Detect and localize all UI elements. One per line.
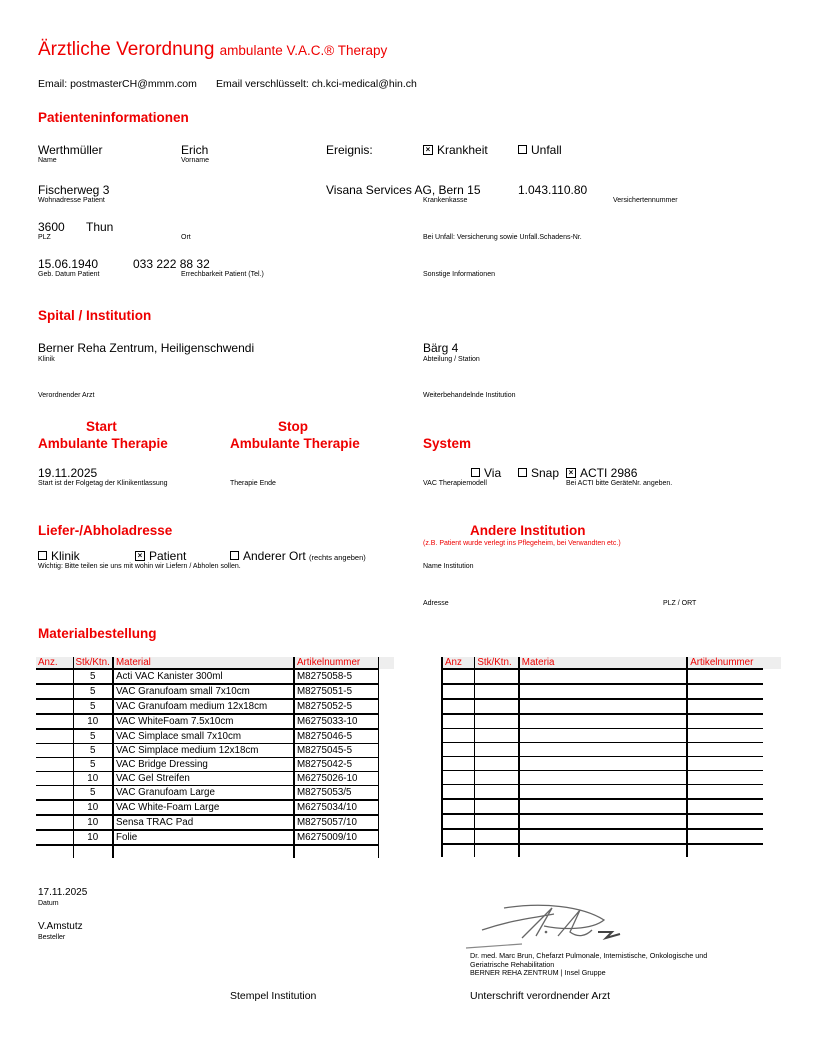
cell-empty[interactable]: [475, 699, 519, 714]
cell-anz: [36, 815, 73, 830]
cell-empty[interactable]: [687, 684, 763, 699]
header-filler: [378, 657, 394, 669]
cell-stk: 10: [73, 815, 113, 830]
cell-empty[interactable]: [442, 743, 475, 757]
klinik-value: Berner Reha Zentrum, Heiligenschwendi: [38, 341, 254, 355]
email-encrypted: Email verschlüsselt: ch.kci-medical@hin.…: [216, 78, 417, 90]
cell-empty[interactable]: [442, 714, 475, 729]
cell-empty[interactable]: [687, 785, 763, 800]
cell-material: VAC Simplace medium 12x18cm: [113, 744, 294, 758]
cell-empty[interactable]: [442, 669, 475, 684]
cell-empty[interactable]: [475, 799, 519, 814]
col-material: Materia: [519, 657, 687, 669]
section-heading-andere: Andere Institution: [470, 523, 586, 538]
unfall-info-label: Bei Unfall: Versicherung sowie Unfall.Sc…: [423, 234, 582, 241]
row-filler: [763, 785, 781, 800]
cell-material: Folie: [113, 830, 294, 845]
start-heading-1: Start: [86, 419, 117, 434]
table-row: [442, 844, 781, 857]
section-heading-liefer: Liefer-/Abholadresse: [38, 523, 172, 538]
andere-adresse-label: Adresse: [423, 600, 449, 607]
table-row: [442, 785, 781, 800]
cell-anz: [36, 669, 73, 684]
patient-name-label: Name: [38, 157, 57, 164]
cell-artikel: M8275053/5: [294, 786, 378, 801]
row-filler: [763, 729, 781, 743]
ereignis-krankheit[interactable]: ×Krankheit: [423, 143, 488, 157]
patient-plz-value: 3600: [38, 220, 65, 234]
cell-stk: 5: [73, 669, 113, 684]
table-row: [442, 669, 781, 684]
cell-empty[interactable]: [519, 814, 687, 829]
cell-empty: [113, 845, 294, 858]
table-row: 5VAC Simplace small 7x10cmM8275046-5: [36, 729, 394, 744]
table-row: [442, 684, 781, 699]
cell-stk: 5: [73, 684, 113, 699]
cell-artikel: M8275042-5: [294, 758, 378, 772]
cell-empty[interactable]: [475, 844, 519, 857]
cell-empty: [73, 845, 113, 858]
col-artikel: Artikelnummer: [294, 657, 378, 669]
table-row: [442, 757, 781, 771]
cell-empty[interactable]: [442, 699, 475, 714]
cell-artikel: M8275057/10: [294, 815, 378, 830]
cell-artikel: M6275026-10: [294, 772, 378, 786]
telefon-label: Errechbarkeit Patient (Tel.): [181, 271, 264, 278]
start-date-value: 19.11.2025: [38, 466, 97, 480]
table-row: [442, 799, 781, 814]
stempel-label: Stempel Institution: [230, 990, 316, 1002]
cell-anz: [36, 684, 73, 699]
patient-address-value: Fischerweg 3: [38, 183, 109, 197]
col-artikel: Artikelnummer: [687, 657, 763, 669]
patient-vorname-value: Erich: [181, 143, 208, 157]
anderer-hint: (rechts angeben): [309, 553, 366, 562]
krankenkasse-value: Visana Services AG, Bern 15: [326, 183, 481, 197]
table-row: 5VAC Granufoam small 7x10cmM8275051-5: [36, 684, 394, 699]
table-row: [442, 814, 781, 829]
liefer-wichtig: Wichtig: Bitte teilen sie uns mit wohin …: [38, 563, 241, 570]
cell-empty[interactable]: [519, 757, 687, 771]
row-filler: [378, 800, 394, 815]
cell-anz: [36, 699, 73, 714]
header-filler: [763, 657, 781, 669]
table-row: 10VAC Gel StreifenM6275026-10: [36, 772, 394, 786]
material-table-left: Anz. Stk/Ktn. Material Artikelnummer 5Ac…: [36, 657, 394, 858]
row-filler: [378, 830, 394, 845]
telefon-value: 033 222 88 32: [133, 257, 210, 271]
section-heading-patient: Patienteninformationen: [38, 110, 189, 125]
col-anz: Anz: [442, 657, 475, 669]
cell-anz: [36, 800, 73, 815]
patient-vorname-label: Vorname: [181, 157, 209, 164]
cell-empty[interactable]: [442, 844, 475, 857]
cell-empty[interactable]: [475, 829, 519, 844]
cell-stk: 5: [73, 786, 113, 801]
cell-empty[interactable]: [442, 785, 475, 800]
row-filler: [763, 699, 781, 714]
col-material: Material: [113, 657, 294, 669]
cell-empty[interactable]: [442, 757, 475, 771]
row-filler: [378, 786, 394, 801]
abteilung-value: Bärg 4: [423, 341, 458, 355]
cell-artikel: M8275046-5: [294, 729, 378, 744]
weiter-label: Weiterbehandelnde Institution: [423, 392, 516, 399]
acti-hint: Bei ACTI bitte GeräteNr. angeben.: [566, 480, 672, 487]
liefer-klinik[interactable]: Klinik: [38, 549, 80, 563]
cell-empty[interactable]: [687, 814, 763, 829]
cell-empty[interactable]: [687, 844, 763, 857]
table-row: 10Sensa TRAC PadM8275057/10: [36, 815, 394, 830]
table-row: 5VAC Simplace medium 12x18cmM8275045-5: [36, 744, 394, 758]
cell-empty[interactable]: [687, 729, 763, 743]
cell-artikel: M6275009/10: [294, 830, 378, 845]
checkbox-checked-icon[interactable]: ×: [566, 468, 576, 478]
row-filler: [378, 815, 394, 830]
cell-material: VAC Granufoam medium 12x18cm: [113, 699, 294, 714]
andere-name-label: Name Institution: [423, 563, 474, 570]
end-date-label: Therapie Ende: [230, 480, 276, 487]
row-filler: [378, 845, 394, 858]
cell-empty[interactable]: [519, 785, 687, 800]
table-row: 5VAC Bridge DressingM8275042-5: [36, 758, 394, 772]
arzt-label: Verordnender Arzt: [38, 392, 94, 399]
cell-anz: [36, 714, 73, 729]
checkbox-icon[interactable]: [518, 468, 527, 477]
arzt-info-line-3: BERNER REHA ZENTRUM | Insel Gruppe: [470, 969, 707, 978]
cell-empty[interactable]: [687, 743, 763, 757]
cell-empty[interactable]: [519, 684, 687, 699]
signature-image: [462, 900, 632, 952]
cell-empty[interactable]: [519, 729, 687, 743]
patient-ort-value: Thun: [86, 220, 113, 234]
table-row: 10FolieM6275009/10: [36, 830, 394, 845]
patient-ort-label: Ort: [181, 234, 191, 241]
cell-empty[interactable]: [475, 743, 519, 757]
cell-anz: [36, 786, 73, 801]
cell-empty[interactable]: [687, 757, 763, 771]
andere-plz-label: PLZ / ORT: [663, 600, 696, 607]
geb-datum-value: 15.06.1940: [38, 257, 98, 271]
title-subtitle: ambulante V.A.C.® Therapy: [220, 43, 388, 58]
cell-empty[interactable]: [475, 714, 519, 729]
cell-empty[interactable]: [519, 799, 687, 814]
modell-label: VAC Therapiemodell: [423, 480, 487, 487]
material-table-right: Anz Stk/Ktn. Materia Artikelnummer: [441, 657, 782, 857]
cell-empty[interactable]: [519, 771, 687, 785]
table-row: [442, 771, 781, 785]
cell-artikel: M8275058-5: [294, 669, 378, 684]
row-filler: [763, 743, 781, 757]
section-heading-spital: Spital / Institution: [38, 308, 151, 323]
datum-value: 17.11.2025: [38, 887, 87, 898]
email-contact: Email: postmasterCH@mmm.com: [38, 78, 197, 90]
row-filler: [378, 758, 394, 772]
cell-anz: [36, 758, 73, 772]
cell-empty[interactable]: [475, 757, 519, 771]
cell-artikel: M6275034/10: [294, 800, 378, 815]
row-filler: [378, 684, 394, 699]
checkbox-checked-icon[interactable]: ×: [423, 145, 433, 155]
cell-artikel: M8275045-5: [294, 744, 378, 758]
col-anz: Anz.: [36, 657, 73, 669]
checkbox-icon[interactable]: [471, 468, 480, 477]
cell-anz: [36, 744, 73, 758]
table-row: [442, 729, 781, 743]
cell-stk: 5: [73, 758, 113, 772]
row-filler: [763, 829, 781, 844]
cell-material: VAC Gel Streifen: [113, 772, 294, 786]
cell-empty[interactable]: [687, 771, 763, 785]
table-row: [442, 743, 781, 757]
cell-anz: [36, 729, 73, 744]
checkbox-icon[interactable]: [518, 145, 527, 154]
table-row: 10VAC White-Foam LargeM6275034/10: [36, 800, 394, 815]
klinik-label: Klinik: [38, 356, 55, 363]
geb-datum-label: Geb. Datum Patient: [38, 271, 99, 278]
cell-stk: 5: [73, 744, 113, 758]
cell-empty[interactable]: [687, 829, 763, 844]
row-filler: [763, 771, 781, 785]
table-row: 5Acti VAC Kanister 300mlM8275058-5: [36, 669, 394, 684]
stop-heading-1: Stop: [278, 419, 308, 434]
cell-stk: 10: [73, 800, 113, 815]
cell-empty[interactable]: [519, 669, 687, 684]
cell-artikel: M8275052-5: [294, 699, 378, 714]
cell-empty[interactable]: [519, 844, 687, 857]
row-filler: [378, 729, 394, 744]
versichertennummer-label: Versichertennummer: [613, 197, 678, 204]
liefer-patient[interactable]: ×Patient: [135, 549, 186, 563]
cell-empty: [36, 845, 73, 858]
cell-empty[interactable]: [475, 814, 519, 829]
page-title: Ärztliche Verordnung ambulante V.A.C.® T…: [38, 39, 387, 61]
row-filler: [763, 757, 781, 771]
cell-empty[interactable]: [475, 684, 519, 699]
cell-material: Acti VAC Kanister 300ml: [113, 669, 294, 684]
arzt-info: Dr. med. Marc Brun, Chefarzt Pulmonale, …: [470, 952, 707, 978]
col-stk: Stk/Ktn.: [73, 657, 113, 669]
patient-name-value: Werthmüller: [38, 143, 102, 157]
cell-empty[interactable]: [519, 743, 687, 757]
cell-stk: 10: [73, 714, 113, 729]
checkbox-icon[interactable]: [230, 551, 239, 560]
row-filler: [378, 772, 394, 786]
cell-anz: [36, 830, 73, 845]
start-heading-2: Ambulante Therapie: [38, 436, 168, 451]
checkbox-icon[interactable]: [38, 551, 47, 560]
row-filler: [378, 669, 394, 684]
datum-label: Datum: [38, 900, 59, 907]
besteller-label: Besteller: [38, 934, 65, 941]
ereignis-label: Ereignis:: [326, 143, 373, 157]
start-date-label: Start ist der Folgetag der Klinikentlass…: [38, 480, 168, 487]
table-row: [442, 714, 781, 729]
cell-stk: 5: [73, 699, 113, 714]
table-row: 5VAC Granufoam LargeM8275053/5: [36, 786, 394, 801]
cell-empty[interactable]: [475, 785, 519, 800]
cell-artikel: M6275033-10: [294, 714, 378, 729]
cell-empty[interactable]: [442, 829, 475, 844]
cell-empty[interactable]: [442, 729, 475, 743]
row-filler: [763, 844, 781, 857]
cell-empty[interactable]: [475, 771, 519, 785]
row-filler: [763, 714, 781, 729]
andere-hint: (z.B. Patient wurde verlegt ins Pflegehe…: [423, 540, 621, 547]
checkbox-checked-icon[interactable]: ×: [135, 551, 145, 561]
cell-stk: 10: [73, 772, 113, 786]
system-via[interactable]: Via: [471, 466, 501, 480]
cell-empty[interactable]: [475, 669, 519, 684]
cell-empty[interactable]: [475, 729, 519, 743]
stop-heading-2: Ambulante Therapie: [230, 436, 360, 451]
cell-material: VAC Simplace small 7x10cm: [113, 729, 294, 744]
row-filler: [378, 744, 394, 758]
table-row: [442, 699, 781, 714]
cell-material: VAC Granufoam small 7x10cm: [113, 684, 294, 699]
cell-anz: [36, 772, 73, 786]
row-filler: [763, 814, 781, 829]
cell-empty[interactable]: [442, 684, 475, 699]
system-snap[interactable]: Snap: [518, 466, 559, 480]
abteilung-label: Abteilung / Station: [423, 356, 480, 363]
liefer-anderer-ort[interactable]: Anderer Ort (rechts angeben): [230, 549, 366, 563]
cell-empty[interactable]: [687, 669, 763, 684]
cell-stk: 10: [73, 830, 113, 845]
col-stk: Stk/Ktn.: [475, 657, 519, 669]
cell-empty[interactable]: [687, 699, 763, 714]
patient-address-label: Wohnadresse Patient: [38, 197, 105, 204]
cell-material: VAC White-Foam Large: [113, 800, 294, 815]
table-row-empty: [36, 845, 394, 858]
cell-artikel: M8275051-5: [294, 684, 378, 699]
row-filler: [378, 699, 394, 714]
cell-empty[interactable]: [519, 829, 687, 844]
cell-empty[interactable]: [687, 799, 763, 814]
cell-material: VAC Granufoam Large: [113, 786, 294, 801]
section-heading-material: Materialbestellung: [38, 626, 157, 641]
row-filler: [763, 799, 781, 814]
cell-empty[interactable]: [442, 771, 475, 785]
unterschrift-label: Unterschrift verordnender Arzt: [470, 990, 610, 1002]
table-row: [442, 829, 781, 844]
cell-empty: [294, 845, 378, 858]
cell-material: VAC WhiteFoam 7.5x10cm: [113, 714, 294, 729]
sonstige-label: Sonstige Informationen: [423, 271, 495, 278]
row-filler: [763, 684, 781, 699]
cell-empty[interactable]: [687, 714, 763, 729]
ereignis-unfall[interactable]: Unfall: [518, 143, 562, 157]
versichertennummer-value: 1.043.110.80: [518, 183, 587, 197]
cell-empty[interactable]: [519, 699, 687, 714]
table-row: 10VAC WhiteFoam 7.5x10cmM6275033-10: [36, 714, 394, 729]
table-row: 5VAC Granufoam medium 12x18cmM8275052-5: [36, 699, 394, 714]
row-filler: [763, 669, 781, 684]
krankenkasse-label: Krankenkasse: [423, 197, 467, 204]
system-heading: System: [423, 436, 471, 451]
cell-material: VAC Bridge Dressing: [113, 758, 294, 772]
system-acti[interactable]: ×ACTI 2986: [566, 466, 637, 480]
patient-plz-label: PLZ: [38, 234, 51, 241]
cell-empty[interactable]: [519, 714, 687, 729]
cell-stk: 5: [73, 729, 113, 744]
besteller-value: V.Amstutz: [38, 921, 83, 932]
cell-empty[interactable]: [442, 799, 475, 814]
title-main: Ärztliche Verordnung: [38, 39, 214, 60]
cell-material: Sensa TRAC Pad: [113, 815, 294, 830]
row-filler: [378, 714, 394, 729]
cell-empty[interactable]: [442, 814, 475, 829]
